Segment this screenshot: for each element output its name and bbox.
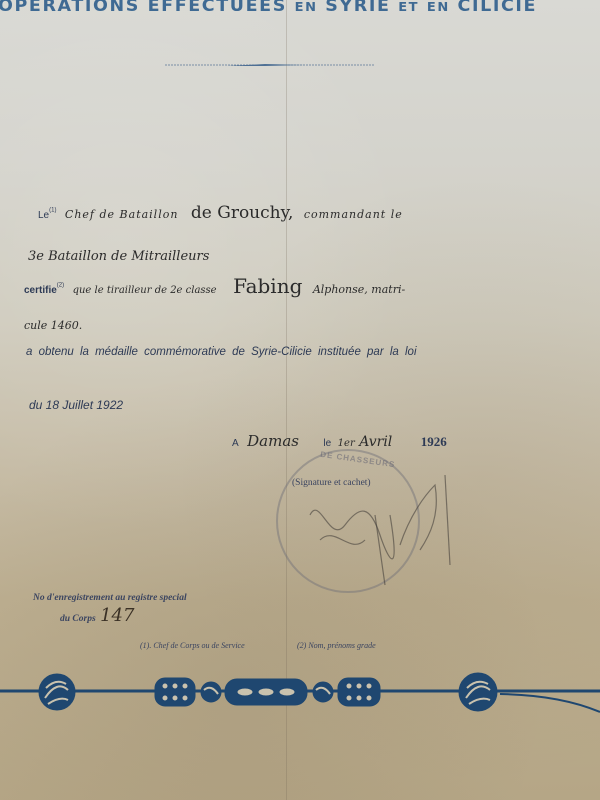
le-date-label: le (323, 438, 331, 449)
place-name: Damas (247, 432, 299, 450)
soldier-rank: que le tirailleur de 2e classe (73, 285, 217, 296)
heading-operations: OPÉRATIONS EFFECTUÉES (0, 0, 287, 16)
officer-role: commandant le (304, 208, 403, 221)
registration-corps: du Corps 147 (60, 605, 134, 626)
officer-rank: Chef de Bataillon (65, 208, 179, 221)
footnote-1: (1). Chef de Corps ou de Service (140, 641, 245, 650)
footnote-2: (2) Nom, prénoms grade (297, 641, 376, 650)
heading-cilicie: CILICIE (458, 0, 538, 16)
footnote-ref-1: (1) (49, 208, 56, 214)
corps-label: du Corps (60, 614, 96, 624)
document-heading: OPÉRATIONS EFFECTUÉES EN SYRIE ET EN CIL… (0, 0, 537, 16)
line-matricule: cule 1460. (24, 316, 82, 334)
certifie-label: certifie (24, 285, 57, 296)
footnote-ref-2: (2) (57, 283, 64, 289)
date-month: Avril (359, 434, 392, 450)
registration-number: 147 (100, 605, 134, 626)
date-day: 1er (338, 438, 355, 449)
heading-divider (165, 62, 375, 68)
heading-en-2: EN (427, 0, 450, 14)
line-battalion: 3e Bataillon de Mitrailleurs (28, 247, 209, 265)
heading-syrie: SYRIE (325, 0, 390, 16)
soldier-firstname: Alphonse, matri- (313, 283, 405, 296)
date-year: 1926 (421, 434, 447, 449)
a-label: A (232, 438, 239, 449)
soldier-surname: Fabing (233, 274, 302, 298)
medal-statement: a obtenu la médaille commémorative de Sy… (26, 346, 417, 358)
place-date-line: A Damas le 1er Avril 1926 (232, 432, 447, 451)
decorative-ornament-border (0, 660, 600, 720)
line-officer: Le(1) Chef de Bataillon de Grouchy, comm… (38, 203, 403, 223)
signature (290, 455, 470, 595)
le-label: Le (38, 210, 49, 221)
heading-et: ET (398, 0, 419, 14)
matricule-number: cule 1460. (24, 319, 82, 332)
battalion-name: 3e Bataillon de Mitrailleurs (28, 249, 209, 264)
law-date: du 18 Juillet 1922 (29, 398, 123, 412)
heading-en: EN (295, 0, 318, 14)
line-certifie: certifie(2) que le tirailleur de 2e clas… (24, 274, 405, 298)
registration-label: No d'enregistrement au registre special (33, 593, 187, 603)
officer-name: de Grouchy, (191, 203, 293, 223)
